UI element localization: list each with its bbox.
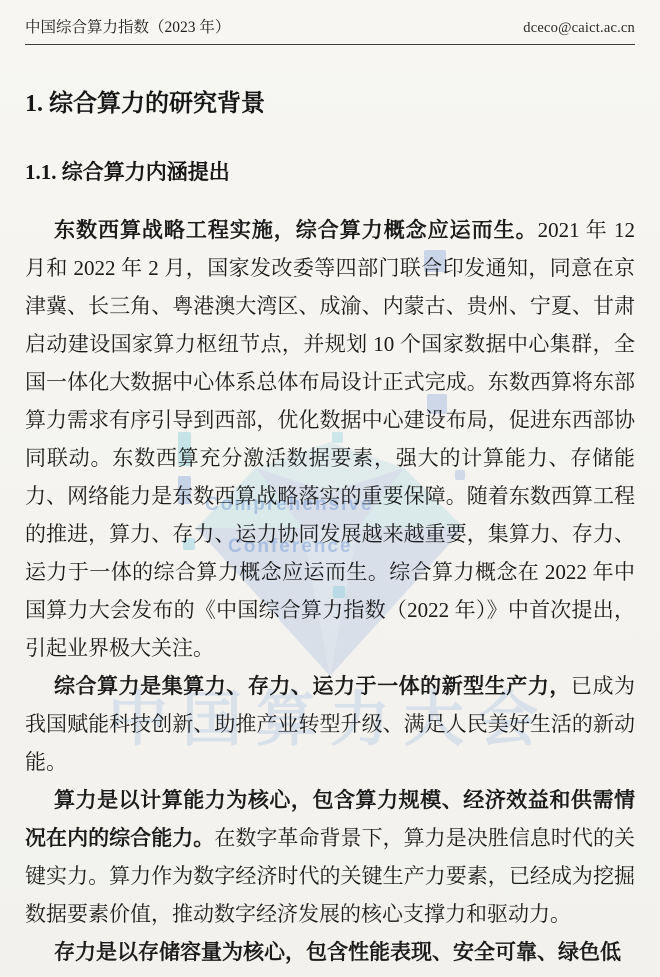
section-heading: 1. 综合算力的研究背景 (25, 91, 635, 117)
document-title: 中国综合算力指数（2023 年） (25, 15, 230, 37)
paragraph-body: 2021 年 12 月和 2022 年 2 月，国家发改委等四部门联合印发通知，… (25, 218, 635, 660)
paragraph-lead: 综合算力是集算力、存力、运力于一体的新型生产力， (54, 674, 571, 698)
page-header: 中国综合算力指数（2023 年） dceco@caict.ac.cn (25, 0, 635, 45)
body-text: 东数西算战略工程实施，综合算力概念应运而生。2021 年 12 月和 2022 … (25, 211, 635, 971)
paragraph: 东数西算战略工程实施，综合算力概念应运而生。2021 年 12 月和 2022 … (25, 211, 635, 667)
paragraph: 存力是以存储容量为核心，包含性能表现、安全可靠、绿色低 (25, 933, 635, 971)
paragraph-lead: 存力是以存储容量为核心，包含性能表现、安全可靠、绿色低 (54, 940, 621, 964)
subsection-heading: 1.1. 综合算力内涵提出 (25, 161, 635, 184)
header-email: dceco@caict.ac.cn (523, 20, 635, 37)
paragraph-lead: 东数西算战略工程实施，综合算力概念应运而生。 (54, 218, 538, 242)
page-content: 中国综合算力指数（2023 年） dceco@caict.ac.cn 1. 综合… (0, 0, 660, 971)
paragraph: 算力是以计算能力为核心，包含算力规模、经济效益和供需情况在内的综合能力。在数字革… (25, 781, 635, 933)
paragraph: 综合算力是集算力、存力、运力于一体的新型生产力，已成为我国赋能科技创新、助推产业… (25, 667, 635, 781)
document-page: Comprehensive Conference 中国算力大会 中国综合算力指数… (0, 0, 660, 977)
